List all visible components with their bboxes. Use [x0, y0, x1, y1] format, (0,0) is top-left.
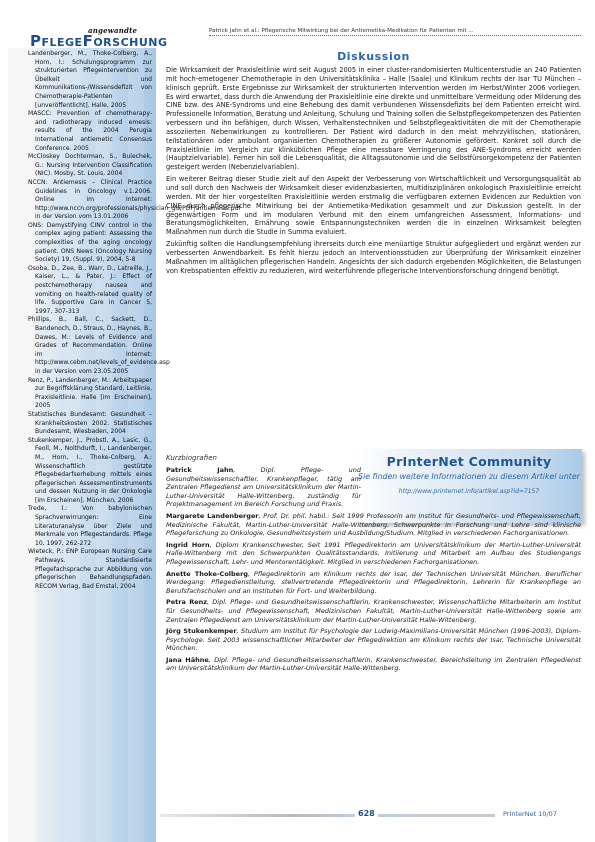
discussion-body: Die Wirksamkeit der Praxisleitlinie wird… — [166, 66, 581, 275]
paragraph: Zukünftig sollten die Handlungsempfehlun… — [166, 240, 581, 275]
bio-entry: Ingrid Horn, Diplom Krankenschwester, Se… — [166, 541, 581, 567]
bio-entry: Jana Hähne, Dipl. Pflege- und Gesundheit… — [166, 656, 581, 673]
reference-item: Phillips, B., Ball, C., Sackett, D., Ban… — [28, 316, 152, 376]
bios-title: Kurzbiografien — [166, 454, 581, 462]
running-head: Patrick Jahn et al.: Pflegerische Mitwir… — [209, 28, 581, 36]
discussion-section: Diskussion Die Wirksamkeit der Praxislei… — [166, 48, 581, 278]
reference-item: Stukenkemper, J., Probstl, A., Lasic, G.… — [28, 437, 152, 506]
reference-item: MASCC: Prevention of chemotherapy- and r… — [28, 110, 152, 153]
journal-issue: PrInterNet 10/07 — [503, 810, 557, 818]
bio-text: , Diplom Krankenschwester, Seit 1991 Pfl… — [166, 541, 581, 566]
bio-entry: Patrick Jahn, Dipl. Pflege- und Gesundhe… — [166, 466, 361, 509]
reference-item: Osoba, D., Zee, B., Warr, D., Latreille,… — [28, 265, 152, 317]
bio-name: Jörg Stukenkemper — [166, 627, 237, 635]
paragraph: Die Wirksamkeit der Praxisleitlinie wird… — [166, 66, 581, 172]
reference-item: Renz, P., Landenberger, M.: Arbeitspaper… — [28, 377, 152, 411]
bio-name: Ingrid Horn — [166, 541, 210, 549]
bio-entry: Jörg Stukenkemper, Studium am Institut f… — [166, 627, 581, 653]
bio-name: Jana Hähne — [166, 656, 209, 664]
bio-name: Petra Renz — [166, 598, 207, 606]
section-heading: Diskussion — [166, 50, 581, 63]
reference-item: Wieteck, P.: ENP European Nursing Care P… — [28, 548, 152, 591]
bio-text: , Dipl. Pflege- und Gesundheitswissensch… — [166, 656, 581, 673]
short-biographies: Kurzbiografien Patrick Jahn, Dipl. Pfleg… — [166, 454, 581, 676]
reference-item: Landenberger, M., Thoke-Colberg, A., Hor… — [28, 50, 152, 110]
reference-item: ONS: Demystifying CINV control in the co… — [28, 222, 152, 265]
page-number: 628 — [355, 809, 378, 818]
reference-item: McCloskey Dochterman, S., Bulechek, G.: … — [28, 153, 152, 179]
reference-list: Landenberger, M., Thoke-Colberg, A., Hor… — [28, 50, 152, 591]
paragraph: Ein weiterer Beitrag dieser Studie zielt… — [166, 175, 581, 237]
reference-item: Trede, I.: Von babylonischen Sprachverwi… — [28, 505, 152, 548]
bio-text: , Dipl. Pflege- und Gesundheitswissensch… — [166, 598, 581, 623]
logo-small-text: angewandte — [88, 26, 137, 35]
bio-name: Anette Thoke-Colberg — [166, 570, 248, 578]
bio-name: Margarete Landenberger — [166, 512, 259, 520]
footer-rule — [160, 814, 495, 817]
bio-entry: Petra Renz, Dipl. Pflege- und Gesundheit… — [166, 598, 581, 624]
journal-logo: PflegeForschung angewandte — [28, 26, 158, 46]
bio-entry: Margarete Landenberger, Prof. Dr. phil. … — [166, 512, 581, 538]
bio-name: Patrick Jahn — [166, 466, 233, 474]
bio-entry: Anette Thoke-Colberg, Pflegedirektorin a… — [166, 570, 581, 596]
reference-item: Statistisches Bundesamt: Gesundheit – Kr… — [28, 411, 152, 437]
reference-item: NCCN: Antiemesis – Clinical Practice Gui… — [28, 179, 152, 222]
